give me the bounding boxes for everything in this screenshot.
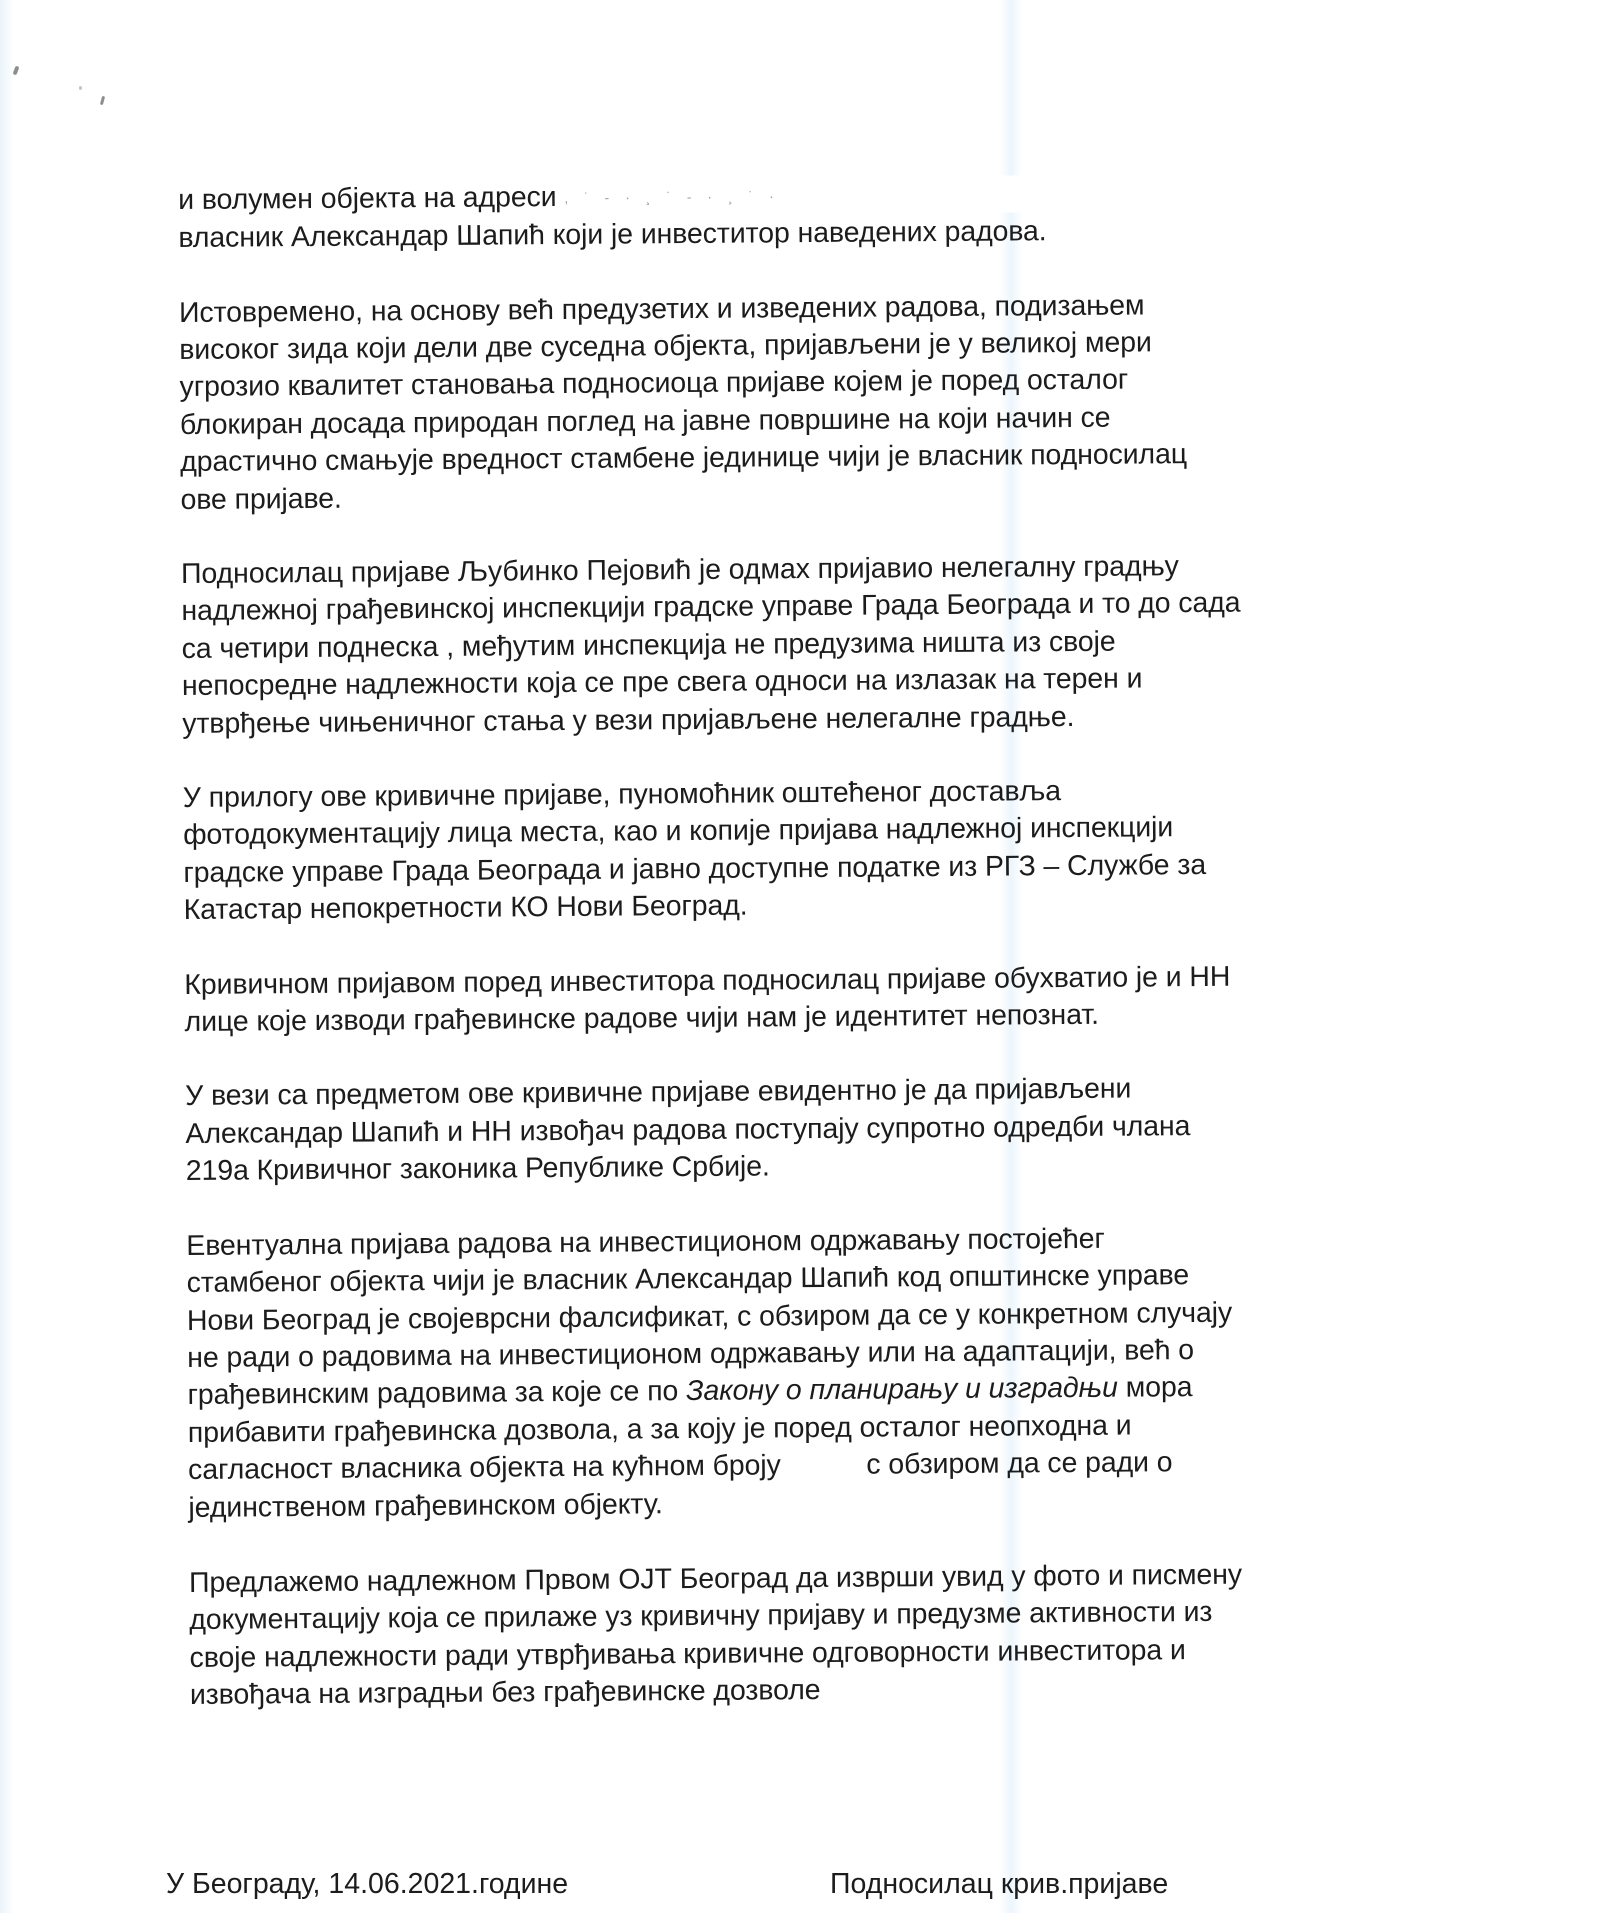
text-run: лице које изводи грађевинске радове чији…	[184, 999, 1099, 1038]
text-run: са четири поднеска , међутим инспекција …	[182, 625, 1116, 664]
text-run: Катастар непокретности КО Нови Београд.	[184, 890, 748, 926]
text-run: ове пријаве.	[180, 482, 341, 515]
text-run: Кривичном пријавом поред инвеститора под…	[184, 960, 1230, 1000]
text-run: Истовремено, на основу већ предузетих и …	[179, 289, 1145, 329]
redaction-residue: , ˙ ‐ · ¸ ˙ ‐ · ¸ ˙ ·	[564, 188, 780, 206]
text-run: извођача на изградњи без грађевинске доз…	[190, 1674, 821, 1711]
text-run: утврђење чињеничног стања у вези пријављ…	[182, 701, 1074, 740]
text-run: Нови Београд је својеврсни фалсификат, с…	[187, 1296, 1232, 1336]
place-and-date: У Београду, 14.06.2021.године	[166, 1866, 568, 1902]
text-run: грађевинским радовима за које се по	[187, 1375, 686, 1411]
text-run: јединственом грађевинском објекту.	[188, 1489, 663, 1525]
redacted-text: [redacted address]	[780, 173, 1380, 215]
text-run: не ради о радовима на инвестиционом одрж…	[187, 1334, 1194, 1374]
text-run: мора	[1118, 1371, 1193, 1404]
text-run: непосредне надлежности која се пре свега…	[182, 663, 1143, 703]
text-run: власник Александар Шапић који је инвести…	[178, 215, 1046, 254]
redacted-text: [redacted]	[788, 1447, 858, 1485]
document-body: и волумен објекта на адреси , ˙ ‐ · ¸ ˙ …	[178, 172, 1460, 1751]
text-run: стамбеног објекта чији је власник Алекса…	[187, 1259, 1190, 1299]
paragraph: Кривичном пријавом поред инвеститора под…	[184, 957, 1455, 1042]
paragraph: Евентуална пријава радова на инвестицион…	[186, 1218, 1458, 1528]
paragraph: и волумен објекта на адреси , ˙ ‐ · ¸ ˙ …	[178, 172, 1449, 258]
paragraph: У вези са предметом ове кривичне пријаве…	[185, 1068, 1456, 1190]
text-run: с обзиром да се ради о	[858, 1446, 1172, 1480]
text-run: Предлажемо надлежном Првом ОЈТ Београд д…	[189, 1558, 1242, 1598]
text-run: фотодокументацију лица места, као и копи…	[183, 812, 1173, 852]
scan-speck	[79, 86, 82, 90]
text-run: драстично смањује вредност стамбене једи…	[180, 438, 1187, 478]
paragraph: У прилогу ове кривичне пријаве, пуномоћн…	[183, 770, 1454, 930]
signer-label: Подносилац крив.пријаве	[830, 1866, 1168, 1902]
paragraph: Подносилац пријаве Љубинко Пејовић је од…	[181, 546, 1452, 743]
text-run: Евентуална пријава радова на инвестицион…	[186, 1222, 1105, 1261]
text-run: прибавити грађевинска дозвола, а за коју…	[188, 1409, 1132, 1448]
text-run: своје надлежности ради утврђивања кривич…	[189, 1634, 1185, 1674]
law-title: Закону о планирању и изградњи	[686, 1372, 1118, 1407]
scan-speck	[100, 96, 105, 105]
text-run: сагласност власника објекта на кућном бр…	[188, 1449, 789, 1486]
paragraph: Истовремено, на основу већ предузетих и …	[179, 285, 1451, 519]
text-run: У прилогу ове кривичне пријаве, пуномоћн…	[183, 775, 1061, 814]
text-run: угрозио квалитет становања подносиоца пр…	[179, 364, 1128, 403]
text-run: 219а Кривичног законика Републике Србије…	[186, 1151, 770, 1188]
text-run: Александар Шапић и НН извођач радова пос…	[185, 1110, 1190, 1150]
paragraph: Предлажемо надлежном Првом ОЈТ Београд д…	[189, 1555, 1460, 1715]
text-run: Подносилац пријаве Љубинко Пејовић је од…	[181, 550, 1179, 590]
text-run: документацију која се прилаже уз кривичн…	[189, 1596, 1212, 1636]
text-run: надлежној грађевинској инспекцији градск…	[181, 587, 1240, 627]
text-run: и волумен објекта на адреси	[178, 181, 564, 216]
text-run: градске управе Града Београда и јавно до…	[183, 849, 1206, 889]
text-run: блокиран досада природан поглед на јавне…	[180, 401, 1111, 440]
text-run: У вези са предметом ове кривичне пријаве…	[185, 1073, 1131, 1112]
text-run: високог зида који дели две суседна објек…	[179, 326, 1152, 366]
scan-edge-shading	[0, 0, 14, 1913]
